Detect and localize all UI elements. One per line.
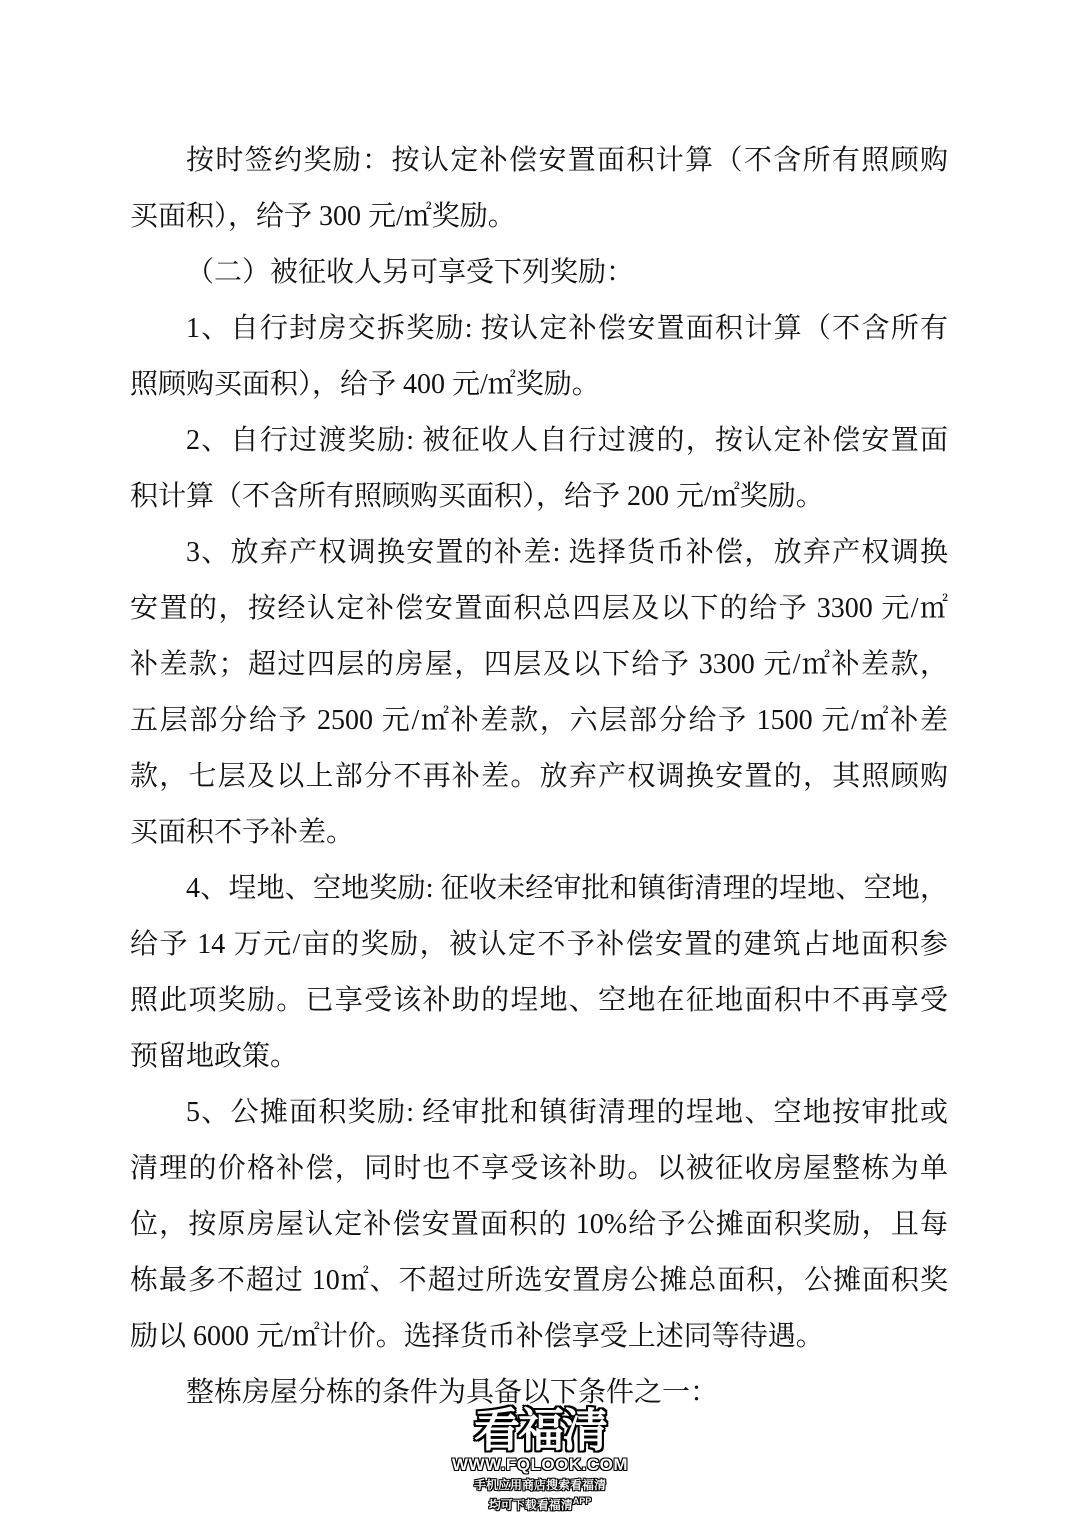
text-line: 买面积），给予 300 元/㎡奖励。 [130,189,948,245]
watermark-app-label: APP [573,1496,592,1506]
text-line: 按时签约奖励：按认定补偿安置面积计算（不含所有照顾购 [130,133,948,189]
watermark-logo: 看福清 [0,1406,1080,1454]
paragraph-item-2-self-transition-reward: 2、自行过渡奖励: 被征收人自行过渡的，按认定补偿安置面 积计算（不含所有照顾购… [130,413,948,525]
document-body: 按时签约奖励：按认定补偿安置面积计算（不含所有照顾购 买面积），给予 300 元… [130,133,948,1421]
text-line: 清理的价格补偿，同时也不享受该补助。以被征收房屋整栋为单 [130,1141,948,1197]
document-page: 按时签约奖励：按认定补偿安置面积计算（不含所有照顾购 买面积），给予 300 元… [0,0,1080,1527]
heading-section-two: （二）被征收人另可享受下列奖励： [130,245,948,301]
watermark-site-url: WWW.FQLOOK.COM [0,1456,1080,1474]
text-line: 3、放弃产权调换安置的补差: 选择货币补偿，放弃产权调换 [130,525,948,581]
paragraph-ontime-signing-reward: 按时签约奖励：按认定补偿安置面积计算（不含所有照顾购 买面积），给予 300 元… [130,133,948,245]
text-line: 积计算（不含所有照顾购买面积），给予 200 元/㎡奖励。 [130,469,948,525]
text-line: 款，七层及以上部分不再补差。放弃产权调换安置的，其照顾购 [130,749,948,805]
watermark-tagline-2-text: 均可下载看福清 [489,1498,573,1512]
watermark-tagline-1: 手机应用商店搜索看福清 [0,1478,1080,1493]
fqlook-watermark: 看福清 WWW.FQLOOK.COM 手机应用商店搜索看福清 均可下载看福清AP… [0,1406,1080,1513]
text-line: 五层部分给予 2500 元/㎡补差款，六层部分给予 1500 元/㎡补差 [130,693,948,749]
text-line: 照此项奖励。已享受该补助的埕地、空地在征地面积中不再享受 [130,973,948,1029]
text-line: 预留地政策。 [130,1029,948,1085]
text-line: 励以 6000 元/㎡计价。选择货币补偿享受上述同等待遇。 [130,1309,948,1365]
paragraph-item-1-self-sealing-reward: 1、自行封房交拆奖励: 按认定补偿安置面积计算（不含所有 照顾购买面积），给予 … [130,301,948,413]
text-line: 安置的，按经认定补偿安置面积总四层及以下的给予 3300 元/㎡ [130,581,948,637]
paragraph-item-3-price-difference: 3、放弃产权调换安置的补差: 选择货币补偿，放弃产权调换 安置的，按经认定补偿安… [130,525,948,861]
text-line: 位，按原房屋认定补偿安置面积的 10%给予公摊面积奖励，且每 [130,1197,948,1253]
text-line: 栋最多不超过 10㎡、不超过所选安置房公摊总面积，公摊面积奖 [130,1253,948,1309]
paragraph-item-5-shared-area-reward: 5、公摊面积奖励: 经审批和镇街清理的埕地、空地按审批或 清理的价格补偿，同时也… [130,1085,948,1365]
paragraph-item-4-land-reward: 4、埕地、空地奖励: 征收未经审批和镇街清理的埕地、空地， 给予 14 万元/亩… [130,861,948,1085]
text-line: 补差款；超过四层的房屋，四层及以下给予 3300 元/㎡补差款， [130,637,948,693]
text-line: 照顾购买面积），给予 400 元/㎡奖励。 [130,357,948,413]
watermark-tagline-2: 均可下载看福清APP [0,1494,1080,1513]
text-line: 1、自行封房交拆奖励: 按认定补偿安置面积计算（不含所有 [130,301,948,357]
text-line: 2、自行过渡奖励: 被征收人自行过渡的，按认定补偿安置面 [130,413,948,469]
text-line: 5、公摊面积奖励: 经审批和镇街清理的埕地、空地按审批或 [130,1085,948,1141]
text-line: （二）被征收人另可享受下列奖励： [130,245,948,301]
text-line: 4、埕地、空地奖励: 征收未经审批和镇街清理的埕地、空地， [130,861,948,917]
text-line: 给予 14 万元/亩的奖励，被认定不予补偿安置的建筑占地面积参 [130,917,948,973]
text-line: 买面积不予补差。 [130,805,948,861]
